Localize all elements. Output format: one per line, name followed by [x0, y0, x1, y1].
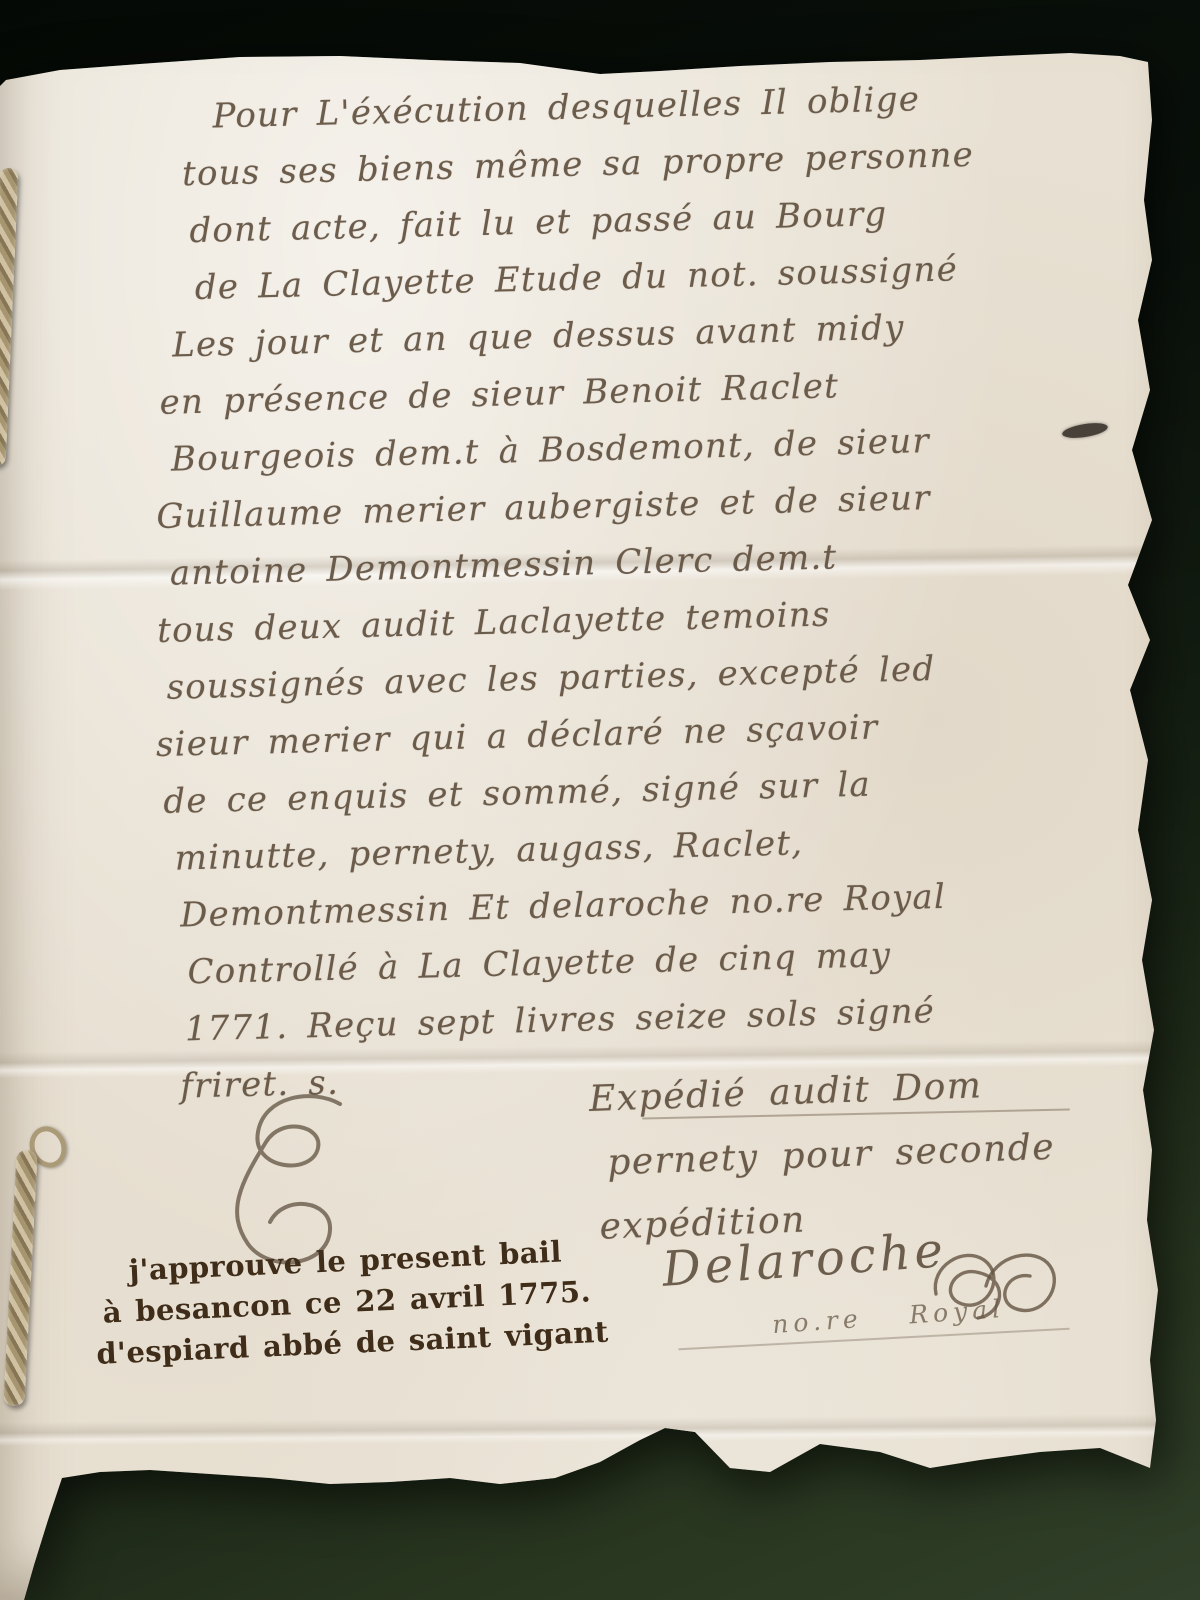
expedition-note: Expédié audit Dom pernety pour seconde e…	[588, 1052, 1058, 1260]
photograph-of-manuscript: Pour L'éxécution desquelles Il oblige to…	[0, 0, 1200, 1600]
binding-cord-bottom	[3, 1150, 37, 1407]
manuscript-body-text: Pour L'éxécution desquelles Il oblige to…	[150, 70, 997, 1116]
approval-annotation: j'approuve le present bail à besancon ce…	[92, 1230, 609, 1375]
paper-sheet-wrapper: Pour L'éxécution desquelles Il oblige to…	[0, 0, 1200, 1600]
manuscript-page: Pour L'éxécution desquelles Il oblige to…	[0, 0, 1200, 1600]
ink-blot	[1061, 420, 1108, 440]
fold-crease	[0, 1414, 1200, 1446]
binding-cord-top	[0, 168, 18, 467]
